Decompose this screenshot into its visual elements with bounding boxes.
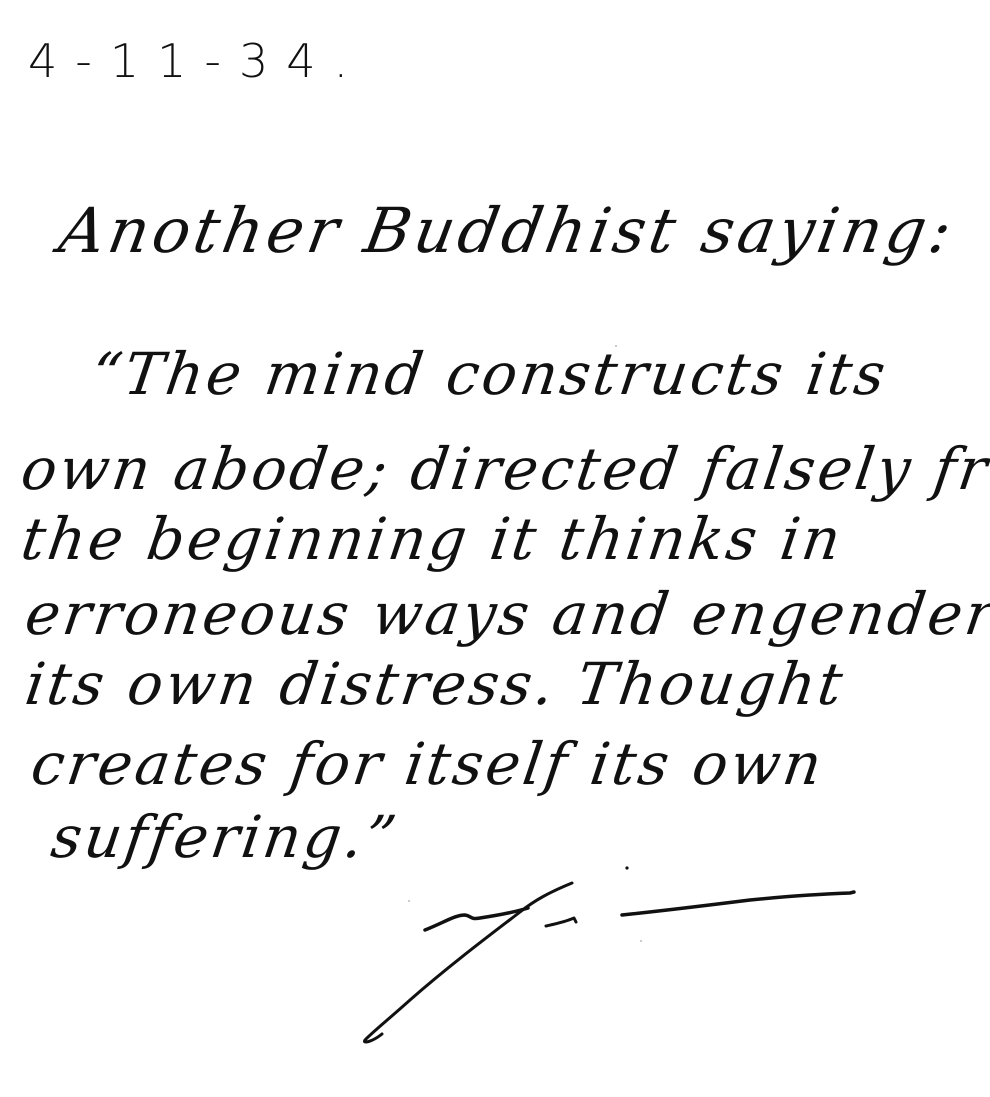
paper-speck bbox=[408, 900, 410, 902]
date-line: 4-11-34. bbox=[28, 38, 366, 84]
quote-line-1: “The mind constructs its bbox=[88, 345, 892, 403]
heading-line: Another Buddhist saying: bbox=[55, 200, 960, 262]
quote-line-5: its own distress. Thought bbox=[22, 655, 849, 713]
signature-mark bbox=[350, 860, 910, 1050]
quote-line-6: creates for itself its own bbox=[28, 735, 828, 793]
quote-line-2: own abode; directed falsely from bbox=[18, 440, 990, 498]
quote-line-3: the beginning it thinks in bbox=[18, 510, 847, 568]
paper-speck bbox=[640, 940, 642, 942]
handwritten-page: 4-11-34. Another Buddhist saying: “The m… bbox=[0, 0, 990, 1097]
quote-line-4: erroneous ways and engenders bbox=[22, 585, 990, 643]
paper-speck bbox=[615, 345, 617, 347]
quote-line-7: suffering.” bbox=[48, 808, 402, 866]
